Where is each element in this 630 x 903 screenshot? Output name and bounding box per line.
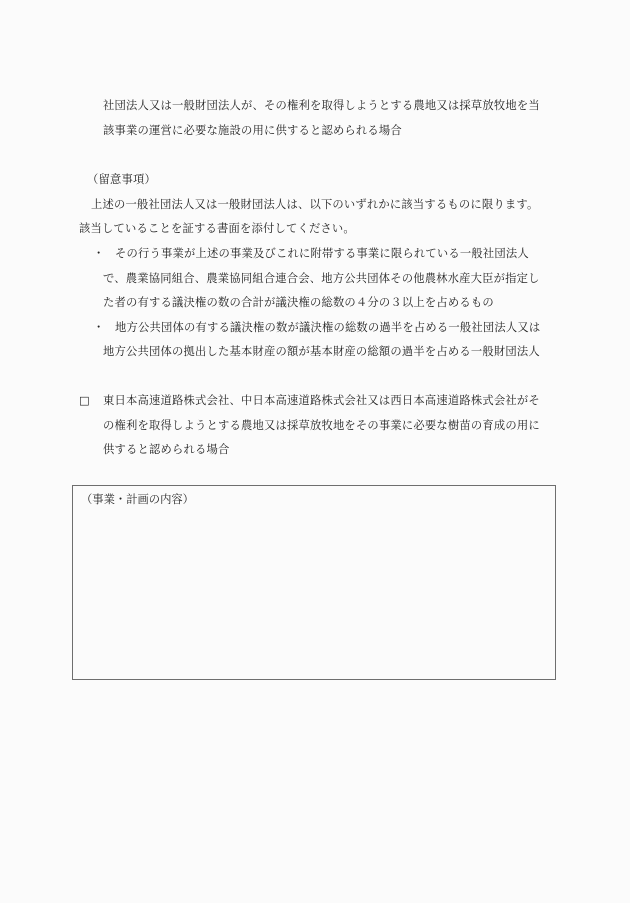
bullet-line: で、農業協同組合、農業協同組合連合会、地方公共団体その他農林水産大臣が指定し [103,272,540,286]
checkbox-label-line: 供すると認められる場合 [103,443,229,457]
paragraph-line: 社団法人又は一般財団法人が、その権利を取得しようとする農地又は採草放牧地を当 [103,99,540,113]
bullet-line: 地方公共団体の拠出した基本財産の額が基本財産の総額の過半を占める一般財団法人 [103,345,540,359]
business-plan-content-field[interactable]: （事業・計画の内容） [72,485,556,680]
paragraph-line: 該事業の運営に必要な施設の用に供すると認められる場合 [103,124,402,138]
bullet-icon: ・ [93,321,104,335]
notes-intro-line: 該当していることを証する書面を添付してください。 [79,222,355,236]
bullet-line: その行う事業が上述の事業及びこれに附帯する事業に限られている一般社団法人 [115,247,529,261]
bullet-icon: ・ [93,247,104,261]
checkbox[interactable]: □ [79,394,90,408]
checkbox-label-line: の権利を取得しようとする農地又は採草放牧地をその事業に必要な樹苗の育成の用に [103,419,540,433]
checkbox-label-line: 東日本高速道路株式会社、中日本高速道路株式会社又は西日本高速道路株式会社がそ [103,394,540,408]
business-plan-content-label: （事業・計画の内容） [81,493,194,507]
notes-intro-line: 上述の一般社団法人又は一般財団法人は、以下のいずれかに該当するものに限ります。 [91,198,538,212]
bullet-line: 地方公共団体の有する議決権の数が議決権の総数の過半を占める一般社団法人又は [115,321,540,335]
bullet-line: た者の有する議決権の数の合計が議決権の総数の４分の３以上を占めるもの [103,296,494,310]
notes-heading: （留意事項） [87,173,156,187]
